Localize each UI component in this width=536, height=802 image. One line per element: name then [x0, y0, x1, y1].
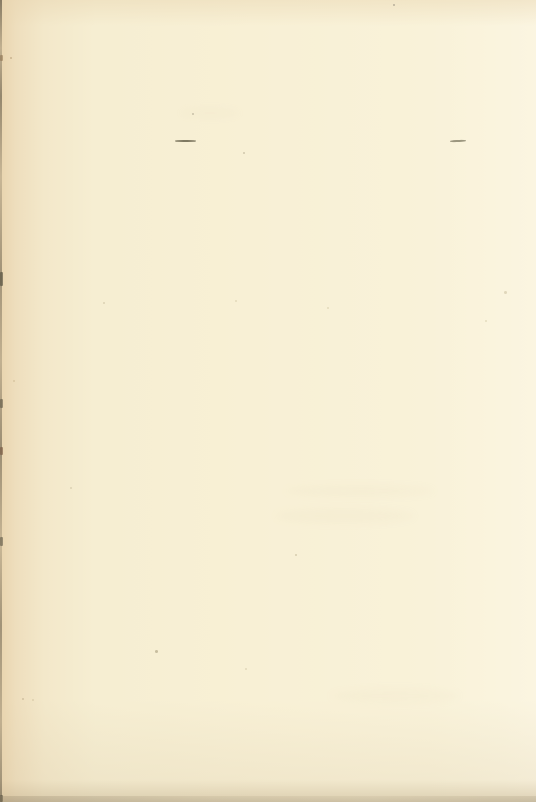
- left-edge-tick: [0, 55, 3, 61]
- show-through-smudge: [275, 508, 415, 524]
- dust-speck: [245, 668, 247, 670]
- dust-speck: [32, 699, 34, 701]
- left-dash-mark: [175, 140, 196, 142]
- dust-speck: [70, 487, 72, 489]
- dust-speck: [327, 307, 329, 309]
- dust-speck: [155, 650, 158, 653]
- left-edge-tick: [0, 537, 3, 546]
- dust-speck: [235, 300, 237, 302]
- dust-speck: [192, 113, 194, 115]
- dust-speck: [22, 698, 24, 700]
- dust-speck: [10, 57, 12, 59]
- dust-speck: [504, 291, 507, 294]
- dust-speck: [103, 302, 105, 304]
- dust-speck: [243, 152, 245, 154]
- left-edge-tick: [0, 272, 3, 286]
- dust-speck: [13, 380, 15, 382]
- dust-speck: [393, 4, 395, 6]
- left-edge-tick: [0, 447, 3, 455]
- scanned-blank-page: [0, 0, 536, 802]
- show-through-smudge: [330, 688, 460, 704]
- dust-speck: [295, 554, 297, 556]
- show-through-smudge: [180, 108, 240, 118]
- left-edge-tick: [0, 399, 3, 408]
- right-dash-mark: [450, 140, 466, 143]
- bottom-scan-shadow: [0, 796, 536, 802]
- dust-speck: [485, 320, 487, 322]
- show-through-smudge: [285, 485, 435, 497]
